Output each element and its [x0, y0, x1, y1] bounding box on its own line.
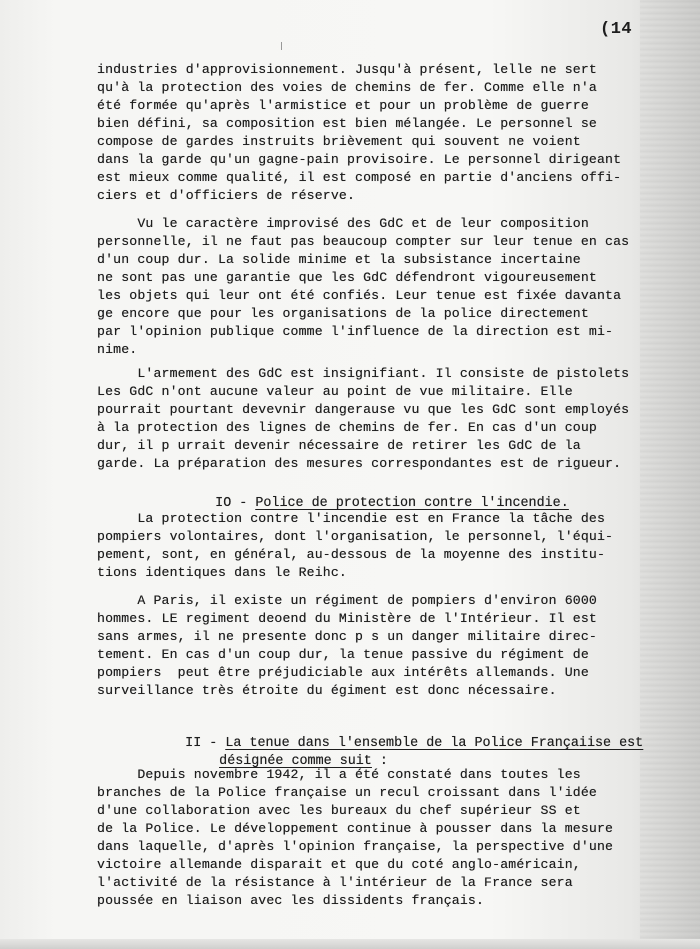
- text-line: poussée en liaison avec les dissidents f…: [97, 893, 484, 909]
- text-line: pompiers peut être préjudiciable aux int…: [97, 665, 589, 681]
- text-line: hommes. LE regiment deoend du Ministère …: [97, 611, 597, 627]
- text-line: La protection contre l'incendie est en F…: [97, 511, 605, 527]
- scan-mark: [281, 42, 282, 50]
- text-line: tement. En cas d'un coup dur, la tenue p…: [97, 647, 589, 663]
- text-line: dans laquelle, d'après l'opinion françai…: [97, 839, 613, 855]
- text-line: d'une collaboration avec les bureaux du …: [97, 803, 581, 819]
- text-line: L'armement des GdC est insignifiant. Il …: [97, 366, 629, 382]
- text-line: pompiers volontaires, dont l'organisatio…: [97, 529, 613, 545]
- text-line: nime.: [97, 342, 137, 358]
- text-line: par l'opinion publique comme l'influence…: [97, 324, 613, 340]
- text-line: dans la garde qu'un gagne-pain provisoir…: [97, 152, 621, 168]
- text-line: l'activité de la résistance à l'intérieu…: [97, 875, 573, 891]
- text-line: à la protection des lignes de chemins de…: [97, 420, 597, 436]
- text-line: d'un coup dur. La solide minime et la su…: [97, 252, 581, 268]
- text-line: tions identiques dans le Reihc.: [97, 565, 347, 581]
- scanned-page: (14 industries d'approvisionnement. Jusq…: [0, 0, 700, 949]
- text-line: sans armes, il ne presente donc p s un d…: [97, 629, 597, 645]
- text-line: victoire allemande disparait et que du c…: [97, 857, 581, 873]
- text-line: ge encore que pour les organisations de …: [97, 306, 589, 322]
- text-line: pement, sont, en général, au-dessous de …: [97, 547, 605, 563]
- scan-bottom-edge: [0, 939, 700, 949]
- text-line: garde. La préparation des mesures corres…: [97, 456, 621, 472]
- section-title: Police de protection contre l'incendie.: [255, 496, 568, 511]
- text-line: Depuis novembre 1942, il a été constaté …: [97, 767, 581, 783]
- text-line: ne sont pas une garantie que les GdC déf…: [97, 270, 597, 286]
- text-line: été formée qu'après l'armistice et pour …: [97, 98, 589, 114]
- text-line: surveillance très étroite du égiment est…: [97, 683, 557, 699]
- text-line: branches de la Police française un recul…: [97, 785, 597, 801]
- text-line: est mieux comme qualité, il est composé …: [97, 170, 621, 186]
- text-line: industries d'approvisionnement. Jusqu'à …: [97, 62, 597, 78]
- text-line: ciers et d'officiers de réserve.: [97, 188, 355, 204]
- text-line: qu'à la protection des voies de chemins …: [97, 80, 597, 96]
- page-number: (14: [600, 20, 632, 39]
- text-line: Les GdC n'ont aucune valeur au point de …: [97, 384, 573, 400]
- text-line: A Paris, il existe un régiment de pompie…: [97, 593, 597, 609]
- text-line: pourrait pourtant devevnir dangerause vu…: [97, 402, 629, 418]
- text-line: dur, il p urrait devenir nécessaire de r…: [97, 438, 581, 454]
- scan-edge-shadow: [640, 0, 700, 949]
- text-line: les objets qui leur ont été confiés. Leu…: [97, 288, 621, 304]
- section-number: IO -: [215, 496, 255, 511]
- text-line: Vu le caractère improvisé des GdC et de …: [97, 216, 589, 232]
- text-line: personnelle, il ne faut pas beaucoup com…: [97, 234, 629, 250]
- text-line: bien défini, sa composition est bien mél…: [97, 116, 597, 132]
- text-line: compose de gardes instruits brièvement q…: [97, 134, 581, 150]
- text-line: de la Police. Le développement continue …: [97, 821, 613, 837]
